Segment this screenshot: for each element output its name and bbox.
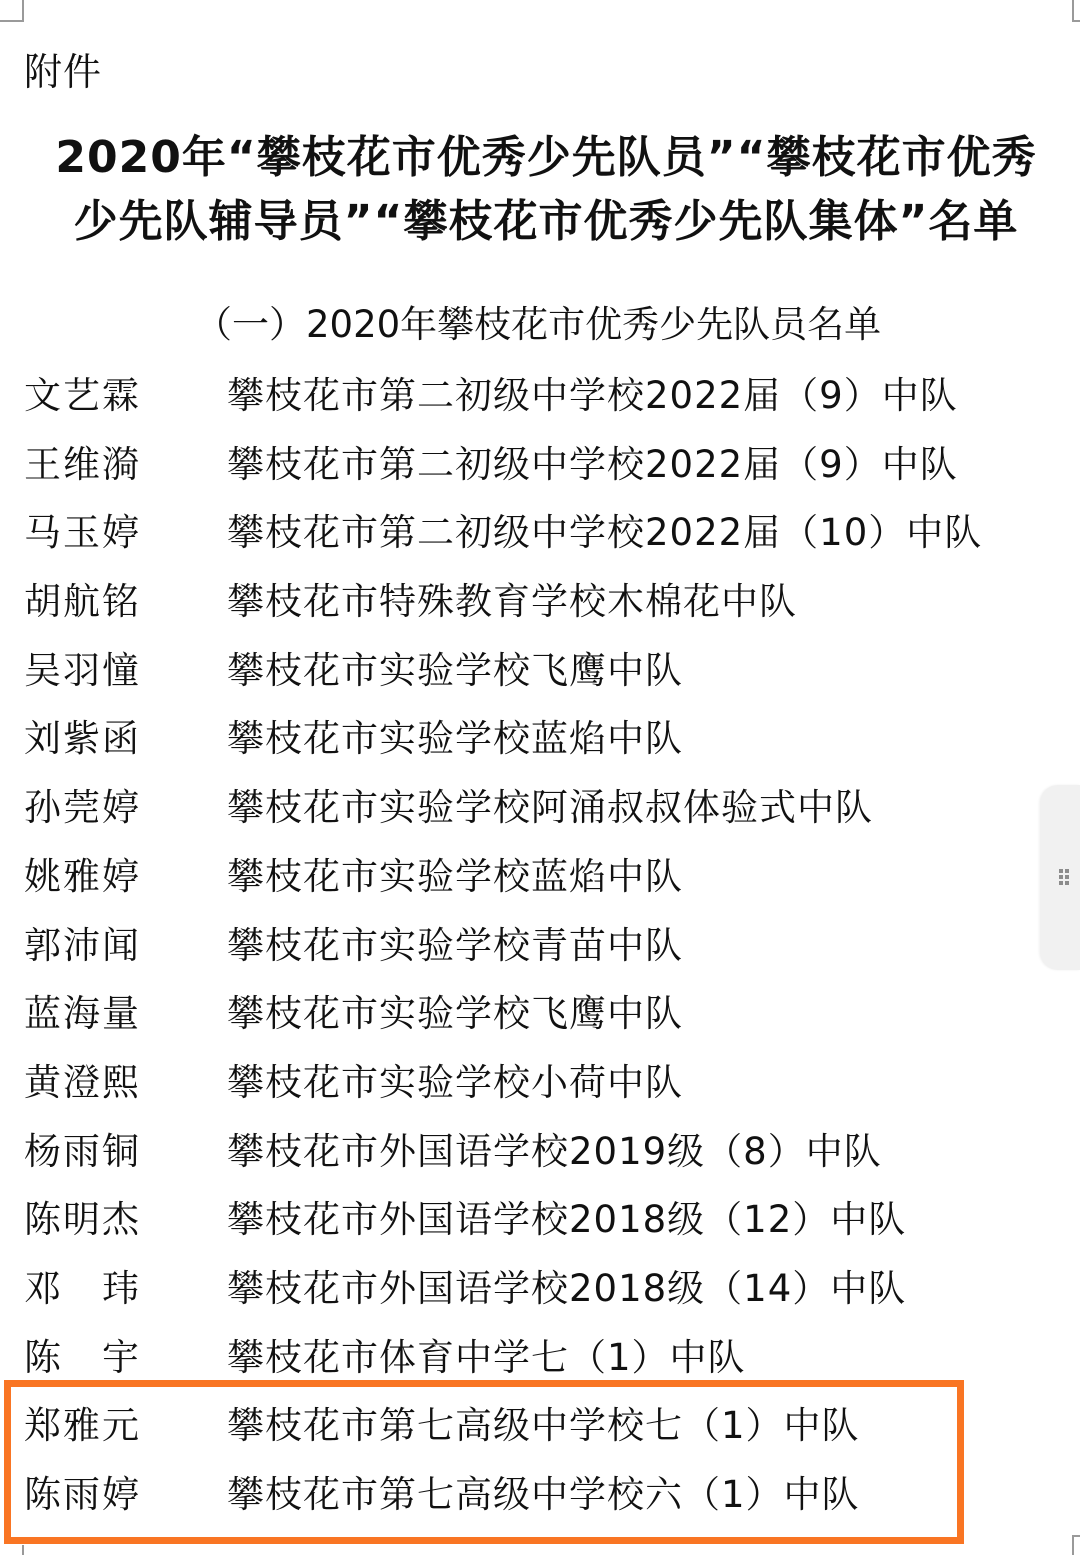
list-item: 马玉婷 攀枝花市第二初级中学校2022届（10）中队 <box>0 505 1080 574</box>
member-unit: 攀枝花市特殊教育学校木棉花中队 <box>227 574 797 630</box>
member-name: 王维漪 <box>24 437 154 493</box>
attachment-label: 附件 <box>24 48 102 96</box>
crop-mark-top-left-h <box>0 20 23 22</box>
list-item: 刘紫函 攀枝花市实验学校蓝焰中队 <box>0 711 1080 780</box>
list-item: 陈 宇 攀枝花市体育中学七（1）中队 <box>0 1330 1080 1399</box>
list-item: 王维漪 攀枝花市第二初级中学校2022届（9）中队 <box>0 437 1080 506</box>
member-unit: 攀枝花市实验学校阿涌叔叔体验式中队 <box>227 780 873 836</box>
member-name: 陈雨婷 <box>24 1467 154 1523</box>
member-name: 郑雅元 <box>24 1398 154 1454</box>
member-name: 邓 玮 <box>24 1261 154 1317</box>
member-name: 孙莞婷 <box>24 780 154 836</box>
document-page: 附件 2020年“攀枝花市优秀少先队员”“攀枝花市优秀 少先队辅导员”“攀枝花市… <box>0 0 1080 1555</box>
member-name: 陈明杰 <box>24 1192 154 1248</box>
member-name: 黄澄熙 <box>24 1055 154 1111</box>
member-unit: 攀枝花市实验学校飞鹰中队 <box>227 643 683 699</box>
member-name: 姚雅婷 <box>24 849 154 905</box>
member-name: 马玉婷 <box>24 505 154 561</box>
list-item-highlighted: 陈雨婷 攀枝花市第七高级中学校六（1）中队 <box>0 1467 1080 1536</box>
list-item: 吴羽憧 攀枝花市实验学校飞鹰中队 <box>0 643 1080 712</box>
member-name: 文艺霖 <box>24 368 154 424</box>
section-heading: （一）2020年攀枝花市优秀少先队员名单 <box>195 300 881 350</box>
side-panel-handle[interactable] <box>1040 785 1080 970</box>
list-item: 邓 玮 攀枝花市外国语学校2018级（14）中队 <box>0 1261 1080 1330</box>
member-unit: 攀枝花市实验学校小荷中队 <box>227 1055 683 1111</box>
member-list: 文艺霖 攀枝花市第二初级中学校2022届（9）中队 王维漪 攀枝花市第二初级中学… <box>0 368 1080 1536</box>
member-unit: 攀枝花市外国语学校2018级（14）中队 <box>227 1261 906 1317</box>
member-unit: 攀枝花市外国语学校2018级（12）中队 <box>227 1192 906 1248</box>
member-name: 胡航铭 <box>24 574 154 630</box>
member-name: 刘紫函 <box>24 711 154 767</box>
member-name: 吴羽憧 <box>24 643 154 699</box>
document-title-line-2: 少先队辅导员”“攀枝花市优秀少先队集体”名单 <box>0 190 1080 254</box>
member-name: 陈 宇 <box>24 1330 154 1386</box>
member-unit: 攀枝花市体育中学七（1）中队 <box>227 1330 746 1386</box>
document-title-line-1: 2020年“攀枝花市优秀少先队员”“攀枝花市优秀 <box>0 126 1080 190</box>
grip-dots-icon <box>1059 869 1069 885</box>
list-item: 黄澄熙 攀枝花市实验学校小荷中队 <box>0 1055 1080 1124</box>
list-item: 胡航铭 攀枝花市特殊教育学校木棉花中队 <box>0 574 1080 643</box>
list-item: 杨雨铜 攀枝花市外国语学校2019级（8）中队 <box>0 1124 1080 1193</box>
list-item: 姚雅婷 攀枝花市实验学校蓝焰中队 <box>0 849 1080 918</box>
list-item: 郭沛闻 攀枝花市实验学校青苗中队 <box>0 918 1080 987</box>
list-item: 文艺霖 攀枝花市第二初级中学校2022届（9）中队 <box>0 368 1080 437</box>
member-name: 郭沛闻 <box>24 918 154 974</box>
member-name: 杨雨铜 <box>24 1124 154 1180</box>
crop-mark-top-left-v <box>22 0 24 22</box>
crop-mark-bottom-right-v <box>1072 1535 1074 1555</box>
list-item: 蓝海量 攀枝花市实验学校飞鹰中队 <box>0 986 1080 1055</box>
crop-mark-bottom-left-v <box>22 1545 24 1555</box>
list-item-highlighted: 郑雅元 攀枝花市第七高级中学校七（1）中队 <box>0 1398 1080 1467</box>
member-unit: 攀枝花市实验学校青苗中队 <box>227 918 683 974</box>
member-unit: 攀枝花市外国语学校2019级（8）中队 <box>227 1124 882 1180</box>
member-unit: 攀枝花市第二初级中学校2022届（10）中队 <box>227 505 982 561</box>
document-title: 2020年“攀枝花市优秀少先队员”“攀枝花市优秀 少先队辅导员”“攀枝花市优秀少… <box>0 126 1080 254</box>
list-item: 孙莞婷 攀枝花市实验学校阿涌叔叔体验式中队 <box>0 780 1080 849</box>
member-unit: 攀枝花市第七高级中学校六（1）中队 <box>227 1467 860 1523</box>
member-unit: 攀枝花市第七高级中学校七（1）中队 <box>227 1398 860 1454</box>
member-unit: 攀枝花市实验学校蓝焰中队 <box>227 711 683 767</box>
member-name: 蓝海量 <box>24 986 154 1042</box>
list-item: 陈明杰 攀枝花市外国语学校2018级（12）中队 <box>0 1192 1080 1261</box>
member-unit: 攀枝花市第二初级中学校2022届（9）中队 <box>227 437 958 493</box>
member-unit: 攀枝花市实验学校飞鹰中队 <box>227 986 683 1042</box>
crop-mark-top-right-h <box>1072 20 1080 22</box>
member-unit: 攀枝花市实验学校蓝焰中队 <box>227 849 683 905</box>
member-unit: 攀枝花市第二初级中学校2022届（9）中队 <box>227 368 958 424</box>
crop-mark-top-right-v <box>1072 0 1074 22</box>
